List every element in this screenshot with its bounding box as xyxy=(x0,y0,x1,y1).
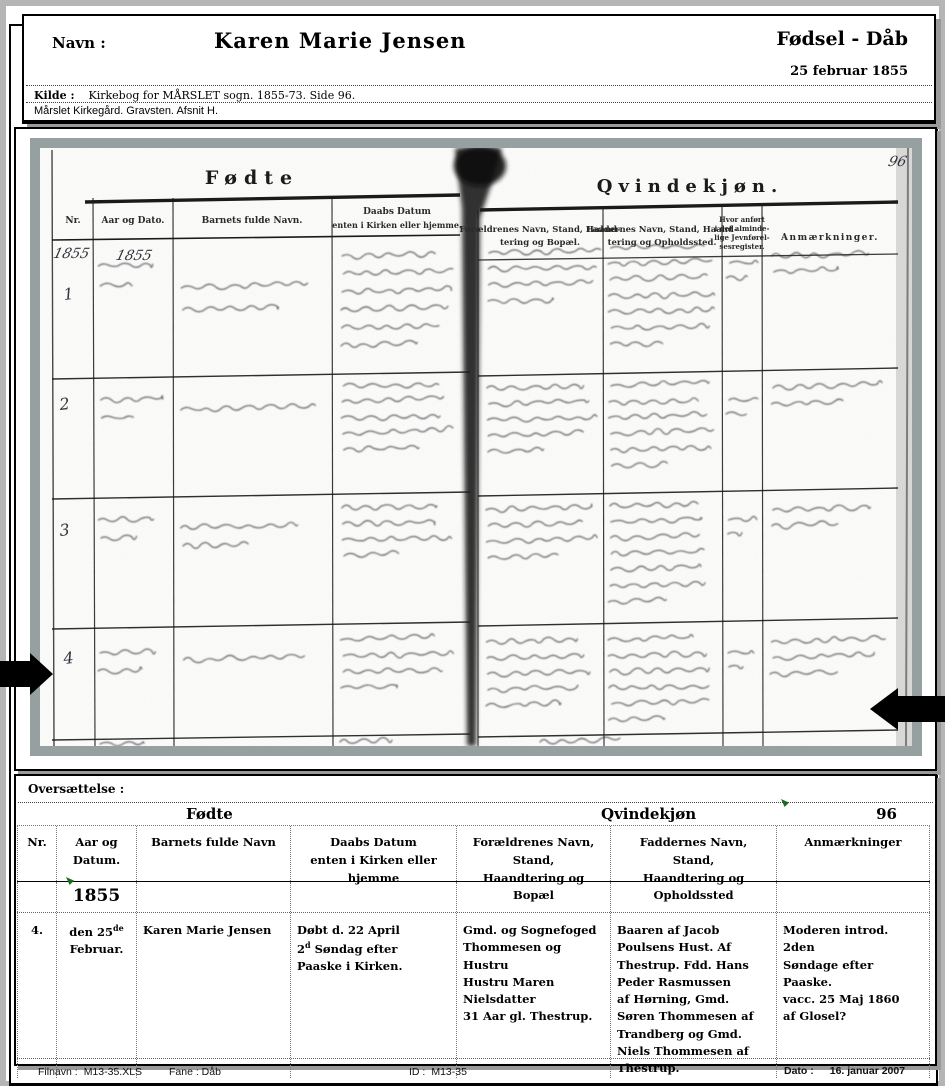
section-header-fodte: Fødte xyxy=(186,805,233,823)
divider-dotted xyxy=(26,102,932,103)
right-col-anm: Anmærkninger. xyxy=(780,233,879,243)
svg-text:1855: 1855 xyxy=(114,248,154,264)
record-sheet-page: Navn : Karen Marie Jensen Fødsel - Dåb 2… xyxy=(0,0,945,1086)
cell-baptism[interactable]: Døbt d. 22 April2d Søndag efterPaaske i … xyxy=(291,913,457,1058)
svg-text:2: 2 xyxy=(57,394,70,414)
right-page-title: Qvindekjøn. xyxy=(597,176,783,197)
left-pointer-arrow xyxy=(0,653,54,695)
col-header-nr: Nr. xyxy=(17,826,57,881)
translation-table-header-row: Nr. Aar og Datum. Barnets fulde Navn Daa… xyxy=(17,825,930,882)
left-col-daab-2: enten i Kirken eller hjemme. xyxy=(332,220,462,230)
cell-name[interactable]: Karen Marie Jensen xyxy=(137,913,291,1058)
footer-bar: Filnavn :M13-35.XLS Fane : Dåb ID :M13-3… xyxy=(9,1063,934,1081)
translation-label: Oversættelse : xyxy=(28,782,124,796)
col-header-remarks: Anmærkninger xyxy=(777,826,930,881)
col-header-baptism: Daabs Datum enten i Kirken eller hjemme xyxy=(291,826,457,881)
church-book-scan: Fødte Nr. Aar og Dato. Barnets fulde Nav… xyxy=(40,148,912,746)
left-col-nr: Nr. xyxy=(65,216,80,226)
right-col-fadder-2: tering og Opholdssted. xyxy=(608,238,717,248)
left-col-name: Barnets fulde Navn. xyxy=(202,216,303,226)
header-box: Navn : Karen Marie Jensen Fødsel - Dåb 2… xyxy=(22,14,936,124)
col-header-date: Aar og Datum. xyxy=(57,826,137,881)
year-value[interactable]: 1855 xyxy=(57,882,137,912)
scan-section-box: Fødte Nr. Aar og Dato. Barnets fulde Nav… xyxy=(14,127,937,771)
kilde-label: Kilde : xyxy=(34,89,75,102)
section-header-qvindekjon: Qvindekjøn xyxy=(601,805,696,823)
footer-sheet-tab: Fane : Dåb xyxy=(169,1066,221,1078)
col-header-godparents: Faddernes Navn, Stand, Haandtering og Op… xyxy=(611,826,777,881)
right-pointer-arrow xyxy=(868,688,945,730)
person-name: Karen Marie Jensen xyxy=(214,28,466,53)
left-col-daab-1: Daabs Datum xyxy=(363,207,431,217)
col-header-parents: Forældrenes Navn, Stand, Haandtering og … xyxy=(457,826,611,881)
record-row-4: 4. den 25deFebruar. Karen Marie Jensen D… xyxy=(17,913,930,1059)
cell-nr[interactable]: 4. xyxy=(17,913,57,1058)
year-row: 1855 xyxy=(17,882,930,913)
footer-filename: Filnavn :M13-35.XLS xyxy=(38,1066,142,1078)
translation-table: Nr. Aar og Datum. Barnets fulde Navn Daa… xyxy=(17,825,930,1072)
record-date: 25 februar 1855 xyxy=(790,64,908,79)
right-col-hvor-3: lige Jevnførel- xyxy=(714,233,770,242)
col-header-name: Barnets fulde Navn xyxy=(137,826,291,881)
footer-date: Dato :16. januar 2007 xyxy=(784,1065,905,1077)
right-col-hvor-4: sesregister. xyxy=(719,242,764,251)
translation-section-headers: Fødte Qvindekjøn 96 xyxy=(16,803,935,825)
svg-text:4: 4 xyxy=(61,648,74,668)
cell-parents[interactable]: Gmd. og Sognefoged Thommesen og Hustru H… xyxy=(457,913,611,1058)
footer-id: ID :M13-35 xyxy=(409,1066,467,1078)
divider-dotted xyxy=(26,85,932,86)
left-page-title: Fødte xyxy=(205,167,299,189)
svg-text:1: 1 xyxy=(62,284,74,304)
record-type-title: Fødsel - Dåb xyxy=(776,28,908,50)
left-col-date: Aar og Dato. xyxy=(101,216,165,226)
kilde-text: Kirkebog for MÅRSLET sogn. 1855-73. Side… xyxy=(89,89,356,102)
scanned-image-frame[interactable]: Fødte Nr. Aar og Dato. Barnets fulde Nav… xyxy=(30,138,922,756)
right-col-parents-2: tering og Bopæl. xyxy=(500,238,580,248)
right-col-hvor-1: Hvor anført xyxy=(719,215,765,224)
navn-label: Navn : xyxy=(52,34,106,52)
cell-date[interactable]: den 25deFebruar. xyxy=(57,913,137,1058)
cell-remarks[interactable]: Moderen introd. 2den Søndage efter Paask… xyxy=(777,913,930,1058)
source-line: Kilde :Kirkebog for MÅRSLET sogn. 1855-7… xyxy=(34,89,355,102)
svg-text:3: 3 xyxy=(58,520,70,540)
svg-text:1855: 1855 xyxy=(52,246,92,262)
translation-box: Oversættelse : Fødte Qvindekjøn 96 Nr. A… xyxy=(14,774,937,1066)
source-line-2: Mårslet Kirkegård. Gravsten. Afsnit H. xyxy=(34,105,218,117)
right-col-hvor-2: i det alminde- xyxy=(715,224,770,233)
cell-godparents[interactable]: Baaren af Jacob Poulsens Hust. Af Thestr… xyxy=(611,913,777,1058)
section-header-page-number: 96 xyxy=(876,805,897,823)
